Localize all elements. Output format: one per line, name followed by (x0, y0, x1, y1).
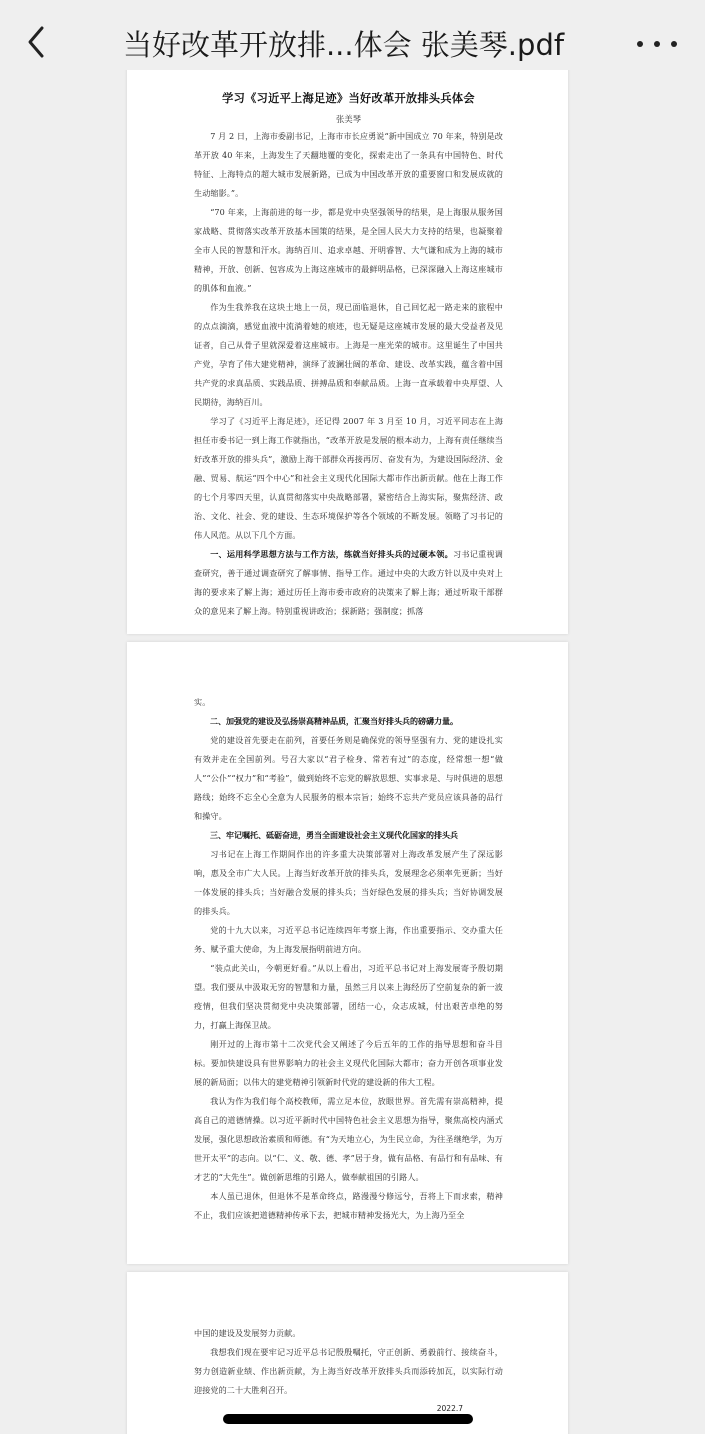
section-heading: 二、加强党的建设及弘扬崇高精神品质，汇聚当好排头兵的磅礴力量。 (194, 712, 503, 731)
pdf-page-3[interactable]: 中国的建设及发展努力贡献。 我想我们现在要牢记习近平总书记殷殷嘱托，守正创新、勇… (127, 1272, 568, 1434)
home-indicator[interactable] (223, 1414, 473, 1424)
paragraph: “装点此关山，今朝更好看。”从以上看出，习近平总书记对上海发展寄予殷切期望。我们… (194, 959, 503, 1035)
document-date: 2022.7 (194, 1404, 503, 1413)
document-title: 当好改革开放排...体会 张美琴.pdf (82, 20, 605, 70)
paragraph: 刚开过的上海市第十二次党代会又阐述了今后五年的工作的指导思想和奋斗目标。要加快建… (194, 1035, 503, 1092)
back-button[interactable] (18, 22, 54, 62)
paragraph: 我认为作为我们每个高校教师，需立足本位，放眼世界。首先需有崇高精神，提高自己的道… (194, 1092, 503, 1187)
doc-heading: 学习《习近平上海足迹》当好改革开放排头兵体会 (194, 90, 503, 106)
section-heading: 一、运用科学思想方法与工作方法，练就当好排头兵的过硬本领。 (210, 549, 453, 559)
paragraph: 学习了《习近平上海足迹》，还记得 2007 年 3 月至 10 月，习近平同志在… (194, 412, 503, 545)
paragraph: “70 年来，上海前进的每一步，都是党中央坚强领导的结果，是上海服从服务国家战略… (194, 203, 503, 298)
doc-author: 张美琴 (194, 113, 503, 125)
section-text: 习书记重视调查研究，善于通过调查研究了解事情、指导工作。通过中央的大政方针以及中… (194, 549, 503, 616)
section-1-paragraph: 一、运用科学思想方法与工作方法，练就当好排头兵的过硬本领。习书记重视调查研究，善… (194, 545, 503, 621)
paragraph: 本人虽已退休，但退休不是革命终点，路漫漫兮修远兮，吾将上下而求索，精神不止，我们… (194, 1187, 503, 1225)
section-heading: 三、牢记嘱托、砥砺奋进，勇当全面建设社会主义现代化国家的排头兵 (194, 826, 503, 845)
top-navigation-bar: 当好改革开放排...体会 张美琴.pdf (0, 0, 705, 70)
paragraph: 作为生我养我在这块土地上一员，现已面临退休，自己回忆起一路走来的旅程中的点点滴滴… (194, 298, 503, 412)
paragraph-continuation: 中国的建设及发展努力贡献。 (194, 1324, 503, 1343)
paragraph: 党的建设首先要走在前列，首要任务则是确保党的领导坚强有力、党的建设扎实有效并走在… (194, 731, 503, 826)
more-horizontal-icon (654, 41, 660, 47)
chevron-left-icon (18, 22, 54, 62)
paragraph: 党的十九大以来，习近平总书记连续四年考察上海，作出重要指示、交办重大任务、赋予重… (194, 921, 503, 959)
pdf-page-2[interactable]: 实。 二、加强党的建设及弘扬崇高精神品质，汇聚当好排头兵的磅礴力量。 党的建设首… (127, 642, 568, 1264)
paragraph: 习书记在上海工作期间作出的许多重大决策部署对上海改革发展产生了深远影响，惠及全市… (194, 845, 503, 921)
more-horizontal-icon (637, 41, 643, 47)
paragraph: 7 月 2 日，上海市委副书记，上海市市长应勇说“新中国成立 70 年来，特别是… (194, 127, 503, 203)
more-options-button[interactable] (637, 32, 677, 56)
paragraph-continuation: 实。 (194, 693, 503, 712)
paragraph: 我想我们现在要牢记习近平总书记殷殷嘱托，守正创新、勇毅前行、接续奋斗，努力创造新… (194, 1343, 503, 1400)
more-horizontal-icon (671, 41, 677, 47)
pdf-page-1[interactable]: 学习《习近平上海足迹》当好改革开放排头兵体会 张美琴 7 月 2 日，上海市委副… (127, 68, 568, 634)
